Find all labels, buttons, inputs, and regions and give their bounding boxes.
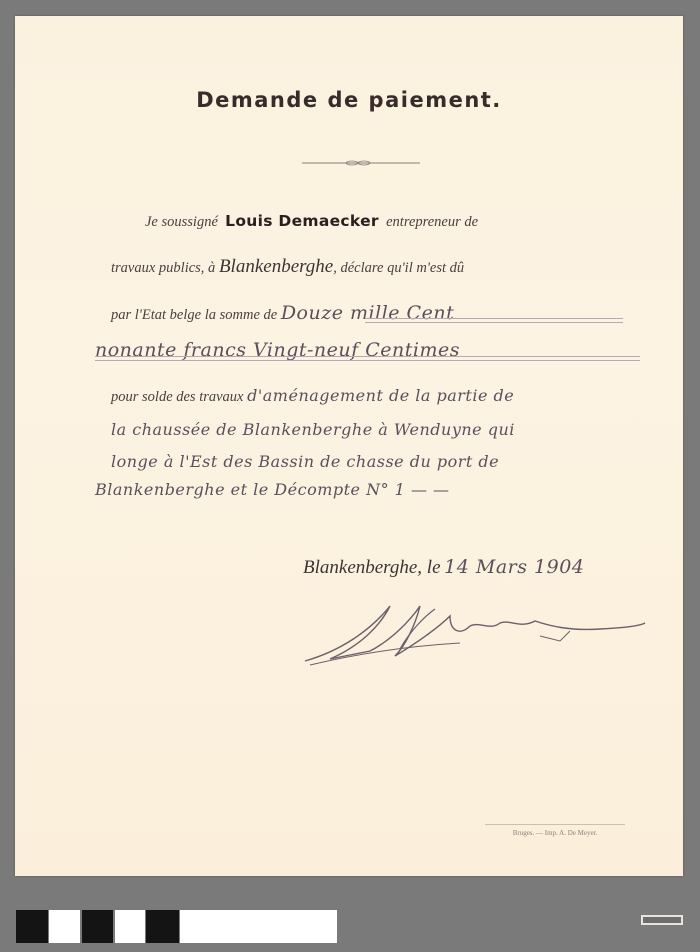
calibration-swatch [16,910,48,943]
separator-ornament-icon [302,160,420,166]
body-line-6: la chaussée de Blankenberghe à Wenduyne … [111,420,515,440]
body-line-7: longe à l'Est des Bassin de chasse du po… [111,452,499,472]
printer-imprint: Bruges. — Imp. A. De Meyer. [485,824,625,837]
document-title: Demande de paiement. [15,88,683,112]
calibration-swatch [49,910,80,943]
calibration-swatch [146,910,179,943]
handwritten-amount-part-2: nonante francs Vingt-neuf Centimes [95,339,460,361]
handwritten-purpose-2: la chaussée de Blankenberghe à Wenduyne … [111,420,515,439]
signature-icon [300,601,650,681]
printed-text: pour solde des travaux [111,389,244,405]
date-place-prefix: Blankenberghe, le [303,557,441,578]
printed-text: Je soussigné [145,214,218,230]
body-line-3: par l'Etat belge la somme de Douze mille… [111,302,454,324]
body-line-2: travaux publics, à Blankenberghe, déclar… [111,256,464,278]
ruled-line [95,356,640,357]
ruled-line [365,318,623,319]
handwritten-purpose-1: d'aménagement de la partie de [247,386,514,405]
printed-text: entrepreneur de [386,214,478,230]
body-line-8: Blankenberghe et le Décompte N° 1 — — [95,480,450,500]
handwritten-purpose-3: longe à l'Est des Bassin de chasse du po… [111,452,499,471]
contractor-name: Louis Demaecker [225,212,379,230]
calibration-swatch [82,910,113,943]
calibration-swatch [115,910,145,943]
calibration-swatch [180,910,337,943]
printed-text: travaux publics, à [111,260,215,276]
handwritten-amount-part-1: Douze mille Cent [281,302,454,324]
date-line: Blankenberghe, le 14 Mars 1904 [303,556,584,579]
place-name: Blankenberghe [219,256,333,277]
handwritten-purpose-4: Blankenberghe et le Décompte N° 1 — — [95,480,450,499]
ruled-line [95,360,640,361]
document-page: Demande de paiement. Je soussigné Louis … [15,16,683,876]
scale-bar [641,915,683,925]
printed-text: , déclare qu'il m'est dû [333,260,464,276]
body-line-5: pour solde des travaux d'aménagement de … [111,386,514,406]
ruled-line [365,322,623,323]
printed-text: par l'Etat belge la somme de [111,307,277,323]
body-line-4: nonante francs Vingt-neuf Centimes [95,339,460,361]
body-line-1: Je soussigné Louis Demaecker entrepreneu… [145,212,478,231]
handwritten-date: 14 Mars 1904 [444,556,584,578]
